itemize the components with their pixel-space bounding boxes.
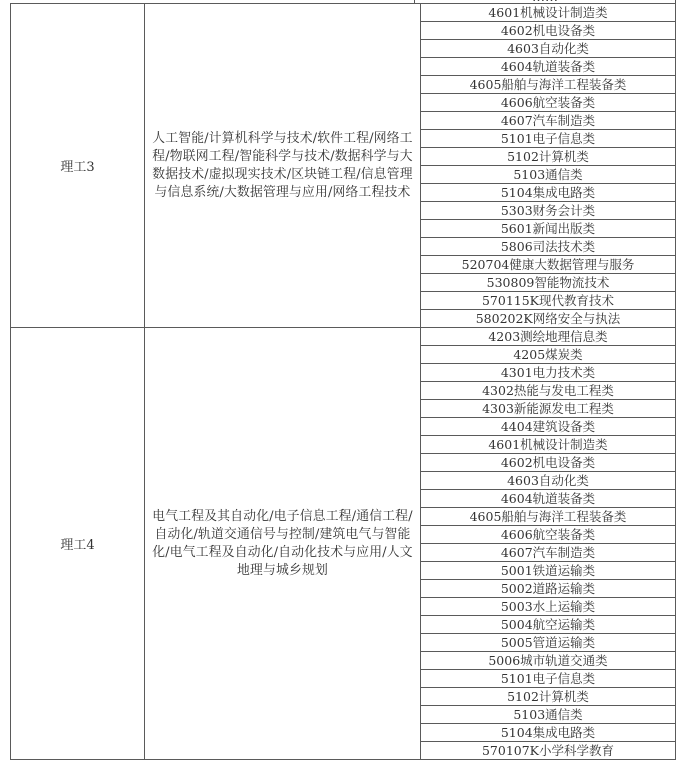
subject-cell: 4605船舶与海洋工程装备类	[421, 508, 676, 526]
subject-cell: 4301电力技术类	[421, 364, 676, 382]
subject-cell: 5101电子信息类	[421, 130, 676, 148]
subject-cell: 4404建筑设备类	[421, 418, 676, 436]
majors-cell: 电气工程及其自动化/电子信息工程/通信工程/自动化/轨道交通信号与控制/建筑电气…	[145, 328, 421, 760]
major-subject-table: 理工3人工智能/计算机科学与技术/软件工程/网络工程/物联网工程/智能科学与技术…	[10, 3, 676, 760]
category-cell: 理工4	[11, 328, 145, 760]
subject-cell: 5004航空运输类	[421, 616, 676, 634]
subject-cell: 5103通信类	[421, 166, 676, 184]
subject-cell: 4602机电设备类	[421, 454, 676, 472]
subject-cell: 4303新能源发电工程类	[421, 400, 676, 418]
subject-cell: 4604轨道装备类	[421, 490, 676, 508]
subject-cell: 4607汽车制造类	[421, 544, 676, 562]
subject-cell: 5006城市轨道交通类	[421, 652, 676, 670]
subject-cell: 4601机械设计制造类	[421, 4, 676, 22]
subject-cell: 520704健康大数据管理与服务	[421, 256, 676, 274]
category-cell: 理工3	[11, 4, 145, 328]
subject-cell: 5103通信类	[421, 706, 676, 724]
subject-cell: 5002道路运输类	[421, 580, 676, 598]
subject-cell: 4601机械设计制造类	[421, 436, 676, 454]
subject-cell: 5001铁道运输类	[421, 562, 676, 580]
table-row: 理工4电气工程及其自动化/电子信息工程/通信工程/自动化/轨道交通信号与控制/建…	[11, 328, 676, 346]
subject-cell: 5102计算机类	[421, 148, 676, 166]
table-row: 理工3人工智能/计算机科学与技术/软件工程/网络工程/物联网工程/智能科学与技术…	[11, 4, 676, 22]
subject-cell: 4606航空装备类	[421, 94, 676, 112]
subject-cell: 5806司法技术类	[421, 238, 676, 256]
subject-cell: 5601新闻出版类	[421, 220, 676, 238]
subject-cell: 530809智能物流技术	[421, 274, 676, 292]
subject-cell: 4605船舶与海洋工程装备类	[421, 76, 676, 94]
subject-cell: 5102计算机类	[421, 688, 676, 706]
subject-cell: 5104集成电路类	[421, 184, 676, 202]
subject-cell: 5104集成电路类	[421, 724, 676, 742]
subject-cell: 4302热能与发电工程类	[421, 382, 676, 400]
subject-cell: 4603自动化类	[421, 40, 676, 58]
subject-cell: 5005管道运输类	[421, 634, 676, 652]
subject-cell: 4205煤炭类	[421, 346, 676, 364]
majors-cell: 人工智能/计算机科学与技术/软件工程/网络工程/物联网工程/智能科学与技术/数据…	[145, 4, 421, 328]
subject-cell: 570115K现代教育技术	[421, 292, 676, 310]
subject-cell: 5303财务会计类	[421, 202, 676, 220]
subject-cell: 570107K小学科学教育	[421, 742, 676, 760]
subject-cell: 4602机电设备类	[421, 22, 676, 40]
subject-cell: 4604轨道装备类	[421, 58, 676, 76]
subject-cell: 4607汽车制造类	[421, 112, 676, 130]
subject-cell: 5003水上运输类	[421, 598, 676, 616]
subject-cell: 4203测绘地理信息类	[421, 328, 676, 346]
subject-cell: 580202K网络安全与执法	[421, 310, 676, 328]
subject-cell: 4606航空装备类	[421, 526, 676, 544]
subject-cell: 5101电子信息类	[421, 670, 676, 688]
subject-cell: 4603自动化类	[421, 472, 676, 490]
